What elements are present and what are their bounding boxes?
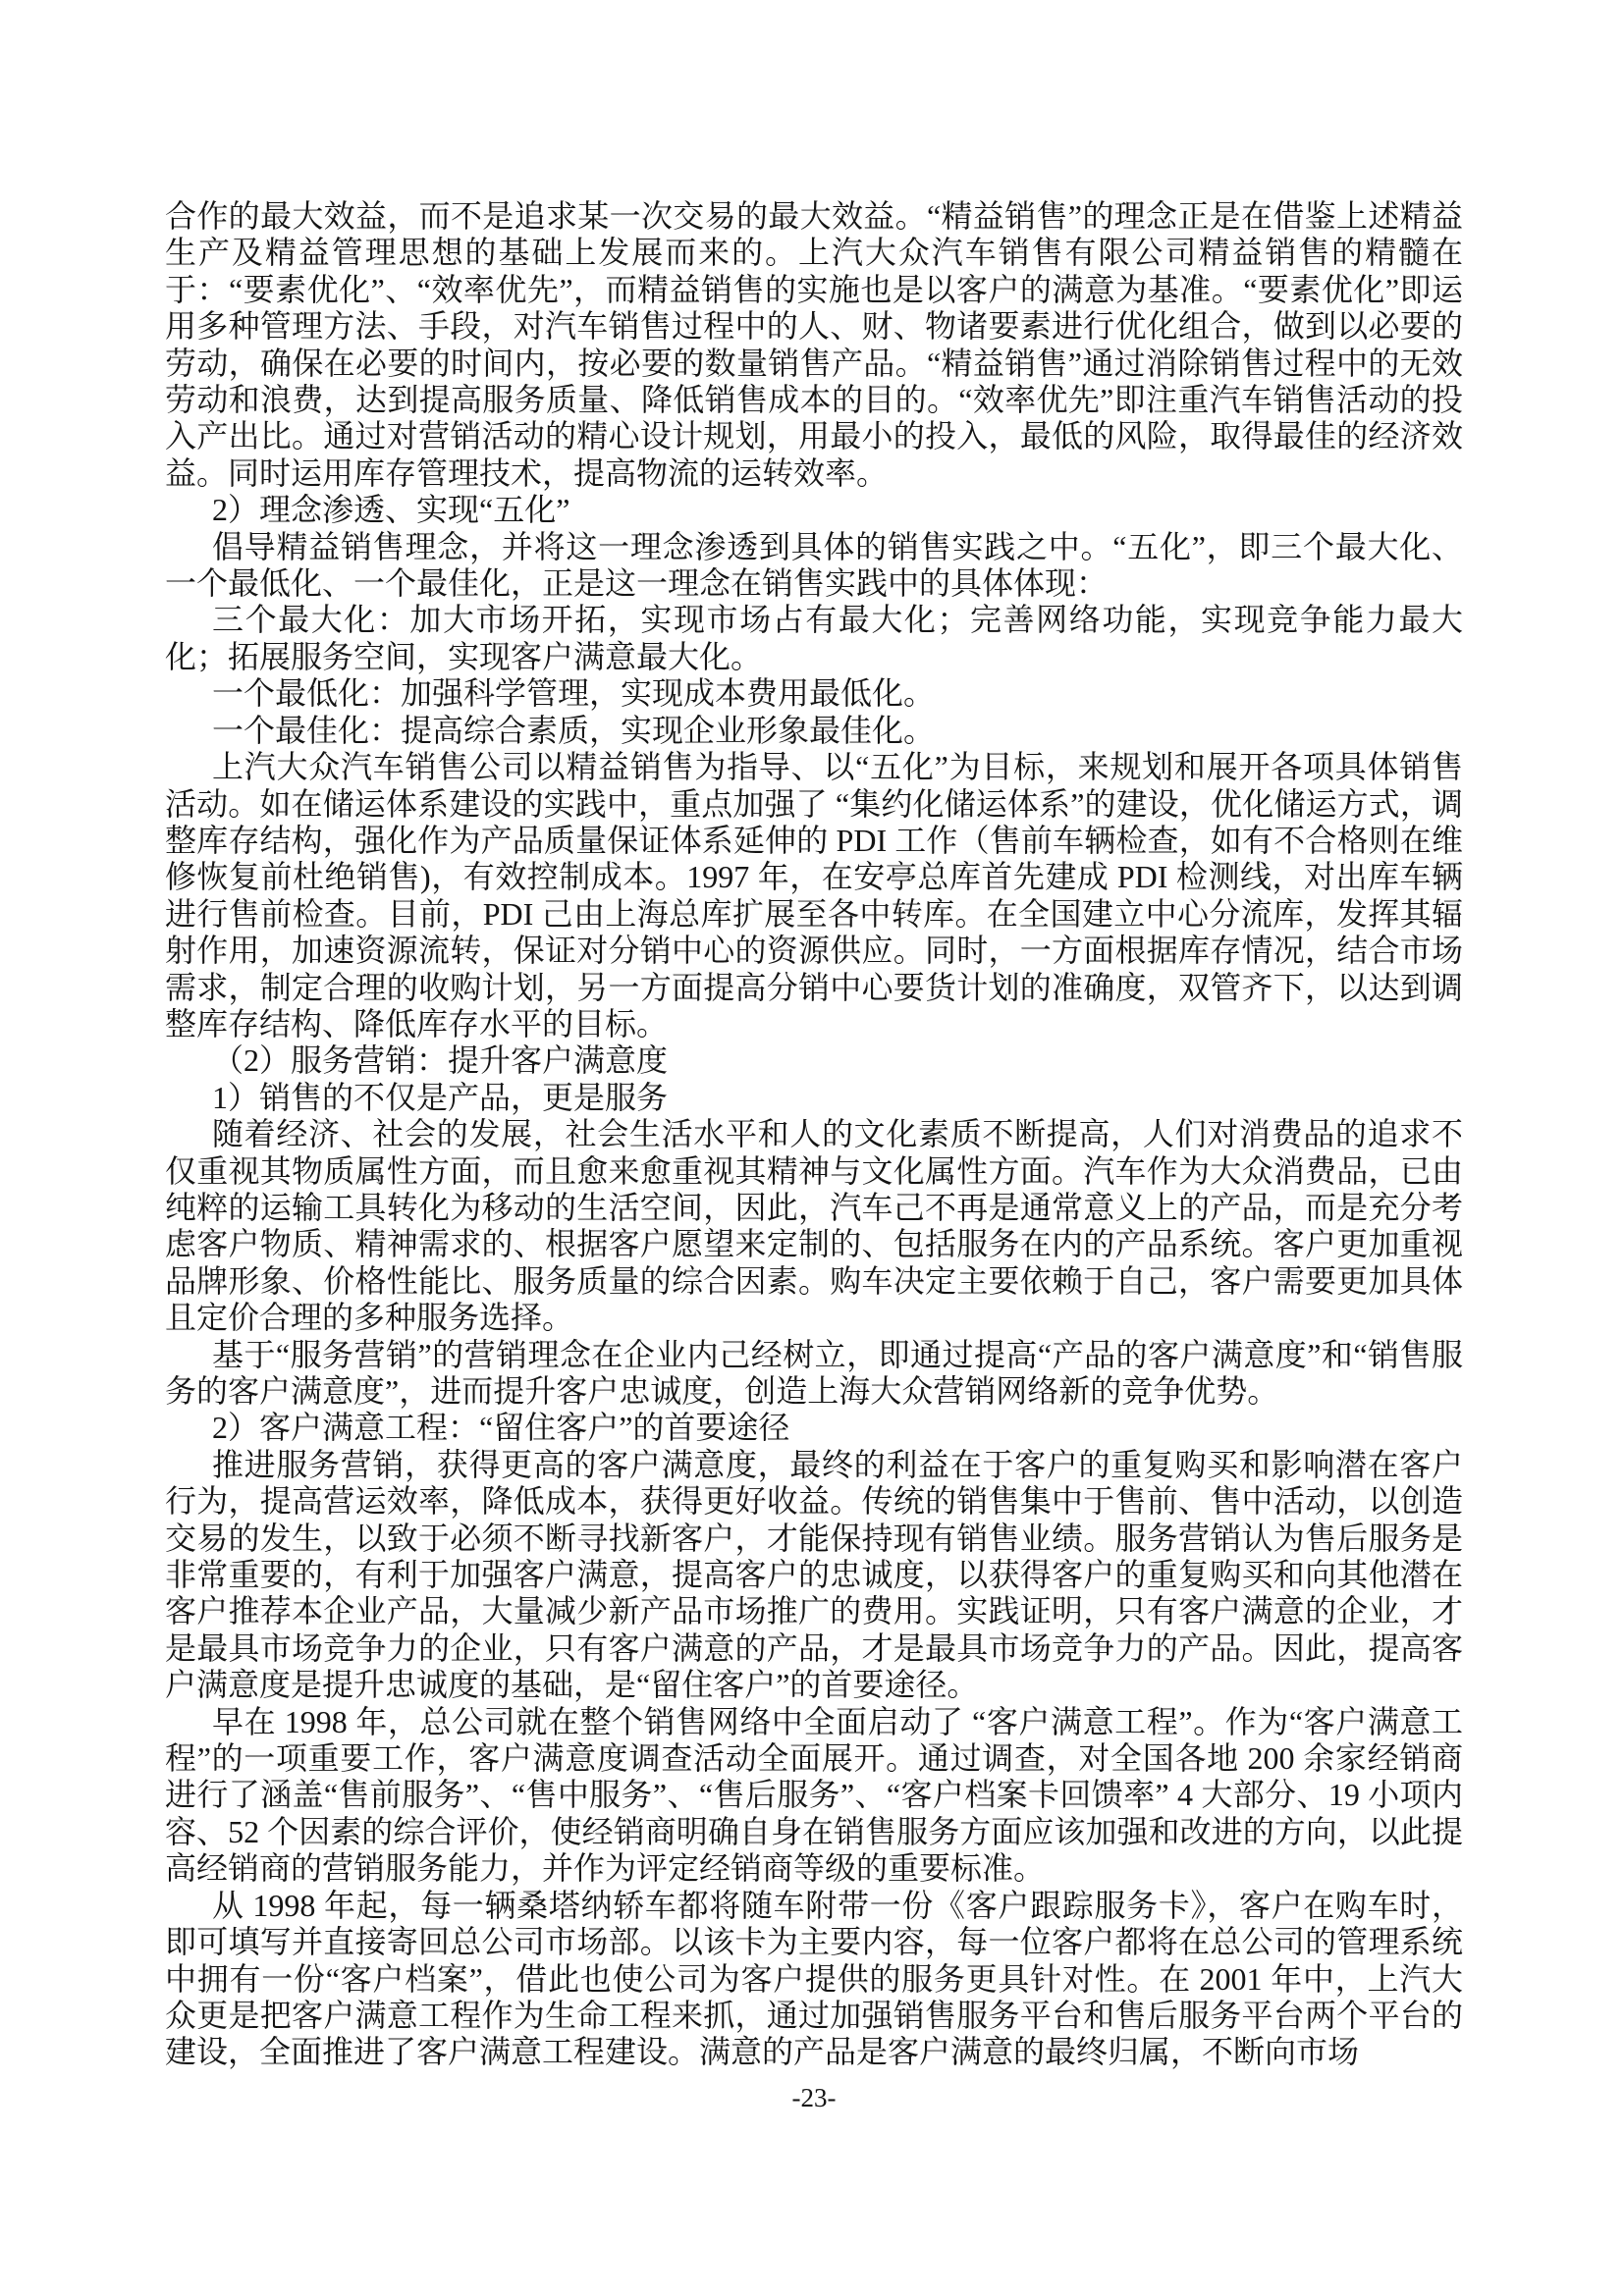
paragraph-continuation: 合作的最大效益，而不是追求某一次交易的最大效益。“精益销售”的理念正是在借鉴上述…: [165, 198, 1463, 492]
paragraph-storage-logistics: 上汽大众汽车销售公司以精益销售为指导、以“五化”为目标，来规划和展开各项具体销售…: [165, 749, 1463, 1042]
paragraph-five-transformations: 倡导精益销售理念，并将这一理念渗透到具体的销售实践之中。“五化”，即三个最大化、…: [165, 529, 1463, 603]
paragraph-one-optimization: 一个最佳化：提高综合素质，实现企业形象最佳化。: [165, 713, 1463, 749]
paragraph-three-maximizations: 三个最大化：加大市场开拓，实现市场占有最大化；完善网络功能，实现竞争能力最大化；…: [165, 602, 1463, 675]
paragraph-one-minimization: 一个最低化：加强科学管理，实现成本费用最低化。: [165, 675, 1463, 712]
heading-customer-satisfaction: 2）客户满意工程：“留住客户”的首要途径: [165, 1410, 1463, 1446]
paragraph-tracking-service-card: 从 1998 年起，每一辆桑塔纳轿车都将随车附带一份《客户跟踪服务卡》，客户在购…: [165, 1888, 1463, 2071]
paragraph-marketing-concept: 基于“服务营销”的营销理念在企业内己经树立，即通过提高“产品的客户满意度”和“销…: [165, 1337, 1463, 1411]
paragraph-after-sales-service: 推进服务营销，获得更高的客户满意度，最终的利益在于客户的重复购买和影响潜在客户行…: [165, 1447, 1463, 1704]
page-body-text: 合作的最大效益，而不是追求某一次交易的最大效益。“精益销售”的理念正是在借鉴上述…: [165, 198, 1463, 2071]
page-number: -23-: [165, 2083, 1463, 2113]
heading-service-marketing: （2）服务营销：提升客户满意度: [165, 1042, 1463, 1079]
heading-selling-service: 1）销售的不仅是产品，更是服务: [165, 1080, 1463, 1116]
heading-concept-penetration: 2）理念渗透、实现“五化”: [165, 492, 1463, 528]
document-page: 合作的最大效益，而不是追求某一次交易的最大效益。“精益销售”的理念正是在借鉴上述…: [0, 0, 1624, 2296]
paragraph-satisfaction-survey: 早在 1998 年，总公司就在整个销售网络中全面启动了 “客户满意工程”。作为“…: [165, 1704, 1463, 1888]
paragraph-consumer-trends: 随着经济、社会的发展，社会生活水平和人的文化素质不断提高，人们对消费品的追求不仅…: [165, 1116, 1463, 1336]
